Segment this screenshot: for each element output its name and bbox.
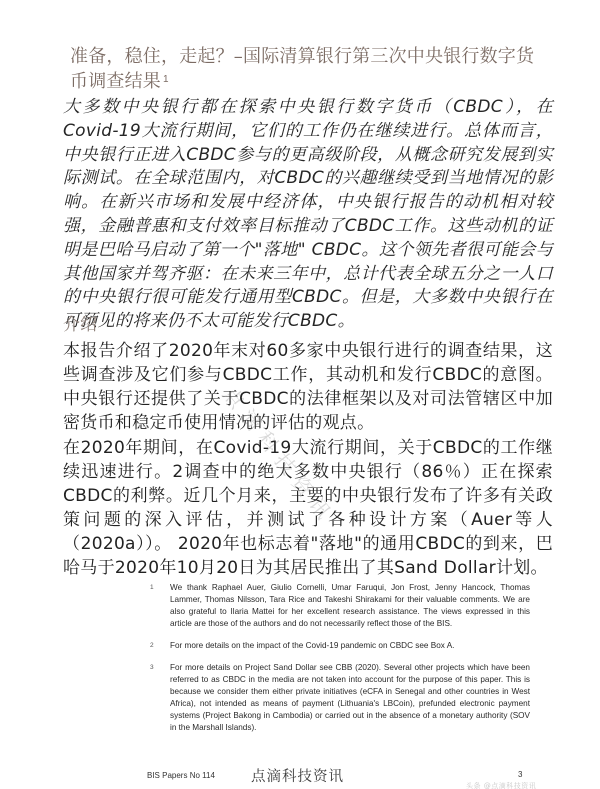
- document-title: 准备，稳住，走起？–国际清算银行第三次中央银行数字货币调查结果1: [70, 44, 550, 94]
- footnote-number: 2: [148, 640, 170, 652]
- footer-series-label: BIS Papers No 114: [147, 771, 215, 780]
- body-paragraph-1: 本报告介绍了2020年末对60多家中央银行进行的调查结果，这些调查涉及它们参与C…: [63, 339, 553, 435]
- footnote-text: For more details on the impact of the Co…: [170, 640, 530, 652]
- footnote-text: For more details on Project Sand Dollar …: [170, 662, 530, 734]
- footer-source-label: 点滴科技资讯: [251, 765, 344, 786]
- abstract-paragraph: 大多数中央银行都在探索中央银行数字货币（CBDC），在Covid-19大流行期间…: [63, 96, 553, 334]
- footnote-number: 3: [148, 662, 170, 734]
- footnotes: 1 We thank Raphael Auer, Giulio Cornelli…: [148, 582, 530, 744]
- page-number: 3: [518, 770, 522, 779]
- title-text: 准备，稳住，走起？–国际清算银行第三次中央银行数字货币调查结果: [70, 46, 534, 92]
- footnote-2: 2 For more details on the impact of the …: [148, 640, 530, 652]
- document-page: 准备，稳住，走起？–国际清算银行第三次中央银行数字货币调查结果1 大多数中央银行…: [0, 0, 600, 789]
- footnote-3: 3 For more details on Project Sand Dolla…: [148, 662, 530, 734]
- section-heading-introduction: 介绍: [63, 313, 97, 337]
- footnote-1: 1 We thank Raphael Auer, Giulio Cornelli…: [148, 582, 530, 630]
- footnote-number: 1: [148, 582, 170, 630]
- body-paragraph-2: 在2020年期间，在Covid-19大流行期间，关于CBDC的工作继续迅速进行。…: [63, 436, 553, 580]
- footer-faint-watermark: 头条 @点滴科技资讯: [466, 781, 536, 789]
- footnote-text: We thank Raphael Auer, Giulio Cornelli, …: [170, 582, 530, 630]
- title-footnote-ref[interactable]: 1: [163, 74, 169, 85]
